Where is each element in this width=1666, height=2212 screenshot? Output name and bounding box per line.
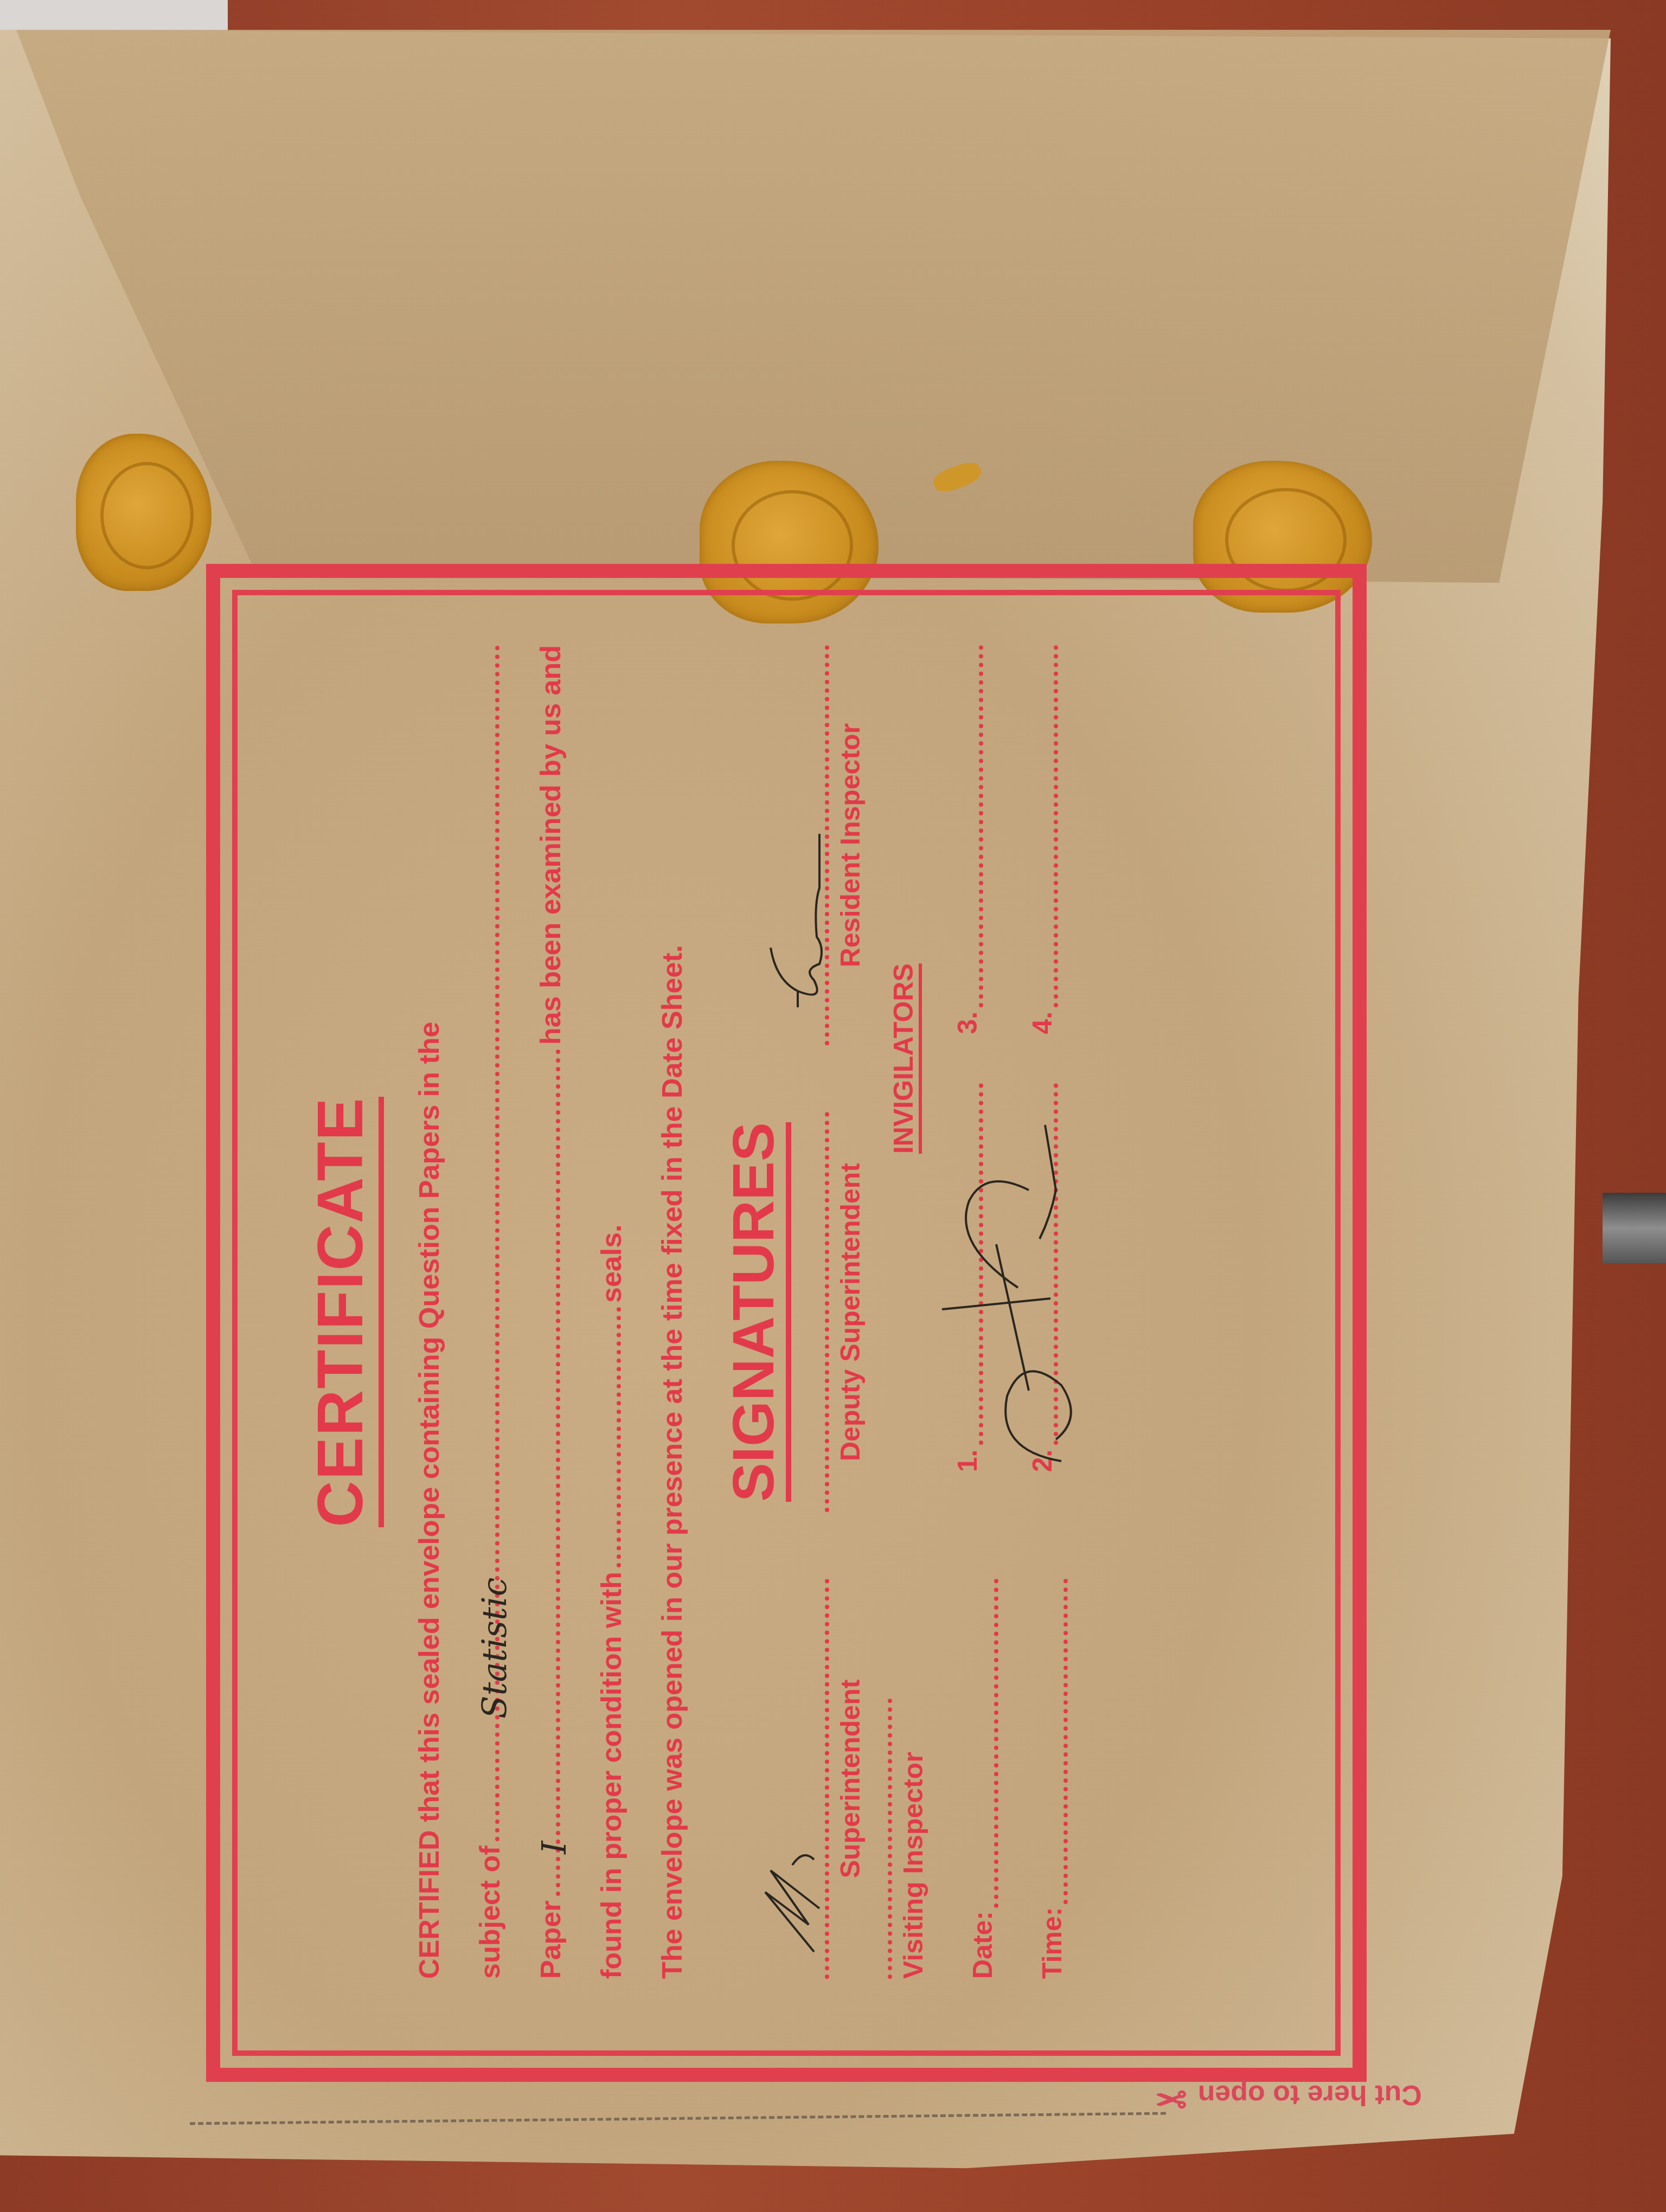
subject-handwritten: Statistic: [464, 1578, 525, 1719]
lower-section: Visiting Inspector Date: Time: INVIGILAT…: [888, 645, 1068, 1979]
time-field: Time:: [1036, 1579, 1068, 1979]
deputy-superintendent-signature: Deputy Superintendent: [825, 1112, 866, 1512]
resident-inspector-signature: Resident Inspector: [825, 645, 866, 1045]
scissors-icon: ✂: [1155, 2076, 1187, 2121]
signature-scribble-icon: [760, 1816, 825, 1957]
invigilator-slot-4: 4.: [1027, 645, 1058, 1034]
cut-here-instruction: Cut here to open✂: [1155, 2076, 1422, 2121]
certificate-line-4: found in proper condition with seals.: [581, 645, 642, 1979]
certificate-form: CERTIFICATE CERTIFIED that this sealed e…: [244, 580, 1340, 2044]
metal-clip: [1603, 1193, 1666, 1263]
signature-scribble-icon: [765, 818, 830, 1013]
invigilator-signature-scribble-icon: [920, 1092, 1094, 1472]
paper-handwritten: I: [524, 1841, 585, 1855]
invigilator-slot-3: 3.: [952, 645, 983, 1034]
invigilators-title: INVIGILATORS: [888, 645, 919, 1472]
certificate-line-2: subject of Statistic: [460, 645, 521, 1979]
date-field: Date:: [967, 1579, 998, 1979]
visiting-inspector-block: Visiting Inspector Date: Time:: [888, 1579, 1068, 1979]
invigilators-block: INVIGILATORS 1. 3. 2. 4.: [888, 645, 1068, 1472]
certificate-line-3: Paper has been examined by us and I: [521, 645, 581, 1979]
certificate-line-1: CERTIFIED that this sealed envelope cont…: [399, 645, 460, 1979]
certificate-line-5: The envelope was opened in our presence …: [642, 645, 703, 1979]
paper-scrap: [0, 0, 228, 33]
superintendent-signature: Superintendent: [825, 1579, 866, 1979]
visiting-inspector-label: Visiting Inspector: [898, 1752, 928, 1979]
signature-row: Superintendent Deputy Superintendent Res…: [825, 645, 866, 1979]
certificate-title: CERTIFICATE: [304, 645, 377, 1979]
